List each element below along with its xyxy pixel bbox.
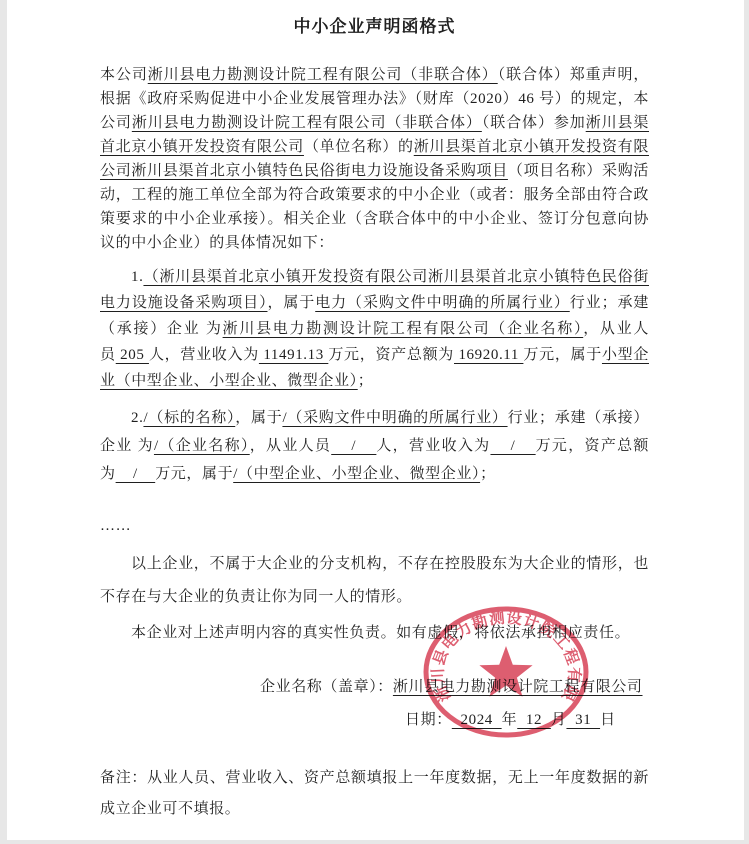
page-edge-right: [744, 0, 749, 844]
date-line: 日期： 2024 年 12 月 31 日: [405, 709, 649, 731]
text-run: 日: [600, 712, 616, 728]
text-run: ；: [480, 466, 496, 482]
text-run: ，从业人员: [250, 438, 332, 454]
text-run: /: [116, 466, 156, 482]
text-run: 淅川县电力勘测设计院工程有限公司: [393, 679, 643, 695]
text-run: ，属于: [235, 410, 282, 426]
text-run: 万元，属于: [155, 466, 233, 482]
enterprise-item-1-paragraph: 1.（淅川县渠首北京小镇开发投资有限公司淅川县渠首北京小镇特色民俗街电力设施设备…: [100, 264, 649, 394]
text-run: 人，营业收入为: [149, 347, 259, 363]
text-run: 月: [551, 712, 567, 728]
text-run: 本企业对上述声明内容的真实性负责。如有虚假，将依法承担相应责任。: [131, 625, 630, 641]
text-run: （单位名称）的: [304, 139, 414, 155]
text-run: 2.: [131, 410, 143, 426]
text-run: 万元，属于: [523, 347, 602, 363]
page-edge-bottom: [0, 840, 749, 844]
text-run: 人，营业收入为: [376, 438, 490, 454]
text-run: 31: [566, 712, 600, 728]
company-signature-line: 企业名称（盖章）：淅川县电力勘测设计院工程有限公司: [260, 676, 649, 698]
text-run: 淅川县电力勘测设计院工程有限公司（企业名称）: [223, 321, 584, 337]
declaration-document-page: 中小企业声明函格式 本公司淅川县电力勘测设计院工程有限公司（非联合体）（联合体）…: [0, 0, 749, 844]
text-run: 1.: [131, 269, 143, 285]
text-run: /（企业名称）: [154, 438, 250, 454]
text-run: 备注：从业人员、营业收入、资产总额填报上一年度数据，无上一年度数据的新成立企业可…: [100, 770, 649, 817]
no-branch-statement: 以上企业，不属于大企业的分支机构，不存在控股股东为大企业的情形，也不存在与大企业…: [100, 548, 649, 614]
text-run: /: [490, 438, 535, 454]
text-run: 2024: [452, 712, 502, 728]
text-run: 年: [502, 712, 518, 728]
page-title: 中小企业声明函格式: [100, 12, 649, 37]
text-run: 12: [517, 712, 551, 728]
document-content: 中小企业声明函格式 本公司淅川县电力勘测设计院工程有限公司（非联合体）（联合体）…: [100, 12, 649, 825]
note-paragraph: 备注：从业人员、营业收入、资产总额填报上一年度数据，无上一年度数据的新成立企业可…: [100, 763, 649, 825]
text-run: 205: [116, 347, 149, 363]
text-run: 本公司: [100, 67, 148, 83]
text-run: 16920.11: [454, 347, 523, 363]
text-run: ，属于: [267, 295, 315, 311]
text-run: 电力（采购文件中明确的所属行业）: [315, 295, 570, 311]
text-run: /（采购文件中明确的所属行业）: [282, 410, 507, 426]
text-run: （联合体）参加: [482, 115, 586, 131]
text-run: 万元，资产总额为: [328, 347, 454, 363]
text-run: /（标的名称）: [143, 410, 235, 426]
responsibility-statement: 本企业对上述声明内容的真实性负责。如有虚假，将依法承担相应责任。: [100, 617, 649, 650]
text-run: 淅川县电力勘测设计院工程有限公司（非联合体）: [148, 67, 498, 83]
declaration-intro-paragraph: 本公司淅川县电力勘测设计院工程有限公司（非联合体）（联合体）郑重声明，根据《政府…: [100, 63, 649, 255]
enterprise-item-2-paragraph: 2./（标的名称），属于/（采购文件中明确的所属行业）行业；承建（承接）企业 为…: [100, 404, 649, 488]
page-edge-left: [0, 0, 7, 844]
text-run: 日期：: [405, 712, 452, 728]
text-run: 淅川县电力勘测设计院工程有限公司（非联合体）: [132, 115, 482, 131]
text-run: ……: [100, 518, 131, 534]
text-run: ；: [358, 373, 374, 389]
text-run: /（中型企业、小型企业、微型企业）: [233, 466, 480, 482]
text-run: 企业名称（盖章）：: [260, 679, 393, 695]
ellipsis-line: ……: [100, 514, 649, 538]
text-run: 以上企业，不属于大企业的分支机构，不存在控股股东为大企业的情形，也不存在与大企业…: [100, 556, 649, 605]
text-run: 11491.13: [259, 347, 328, 363]
text-run: /: [331, 438, 376, 454]
